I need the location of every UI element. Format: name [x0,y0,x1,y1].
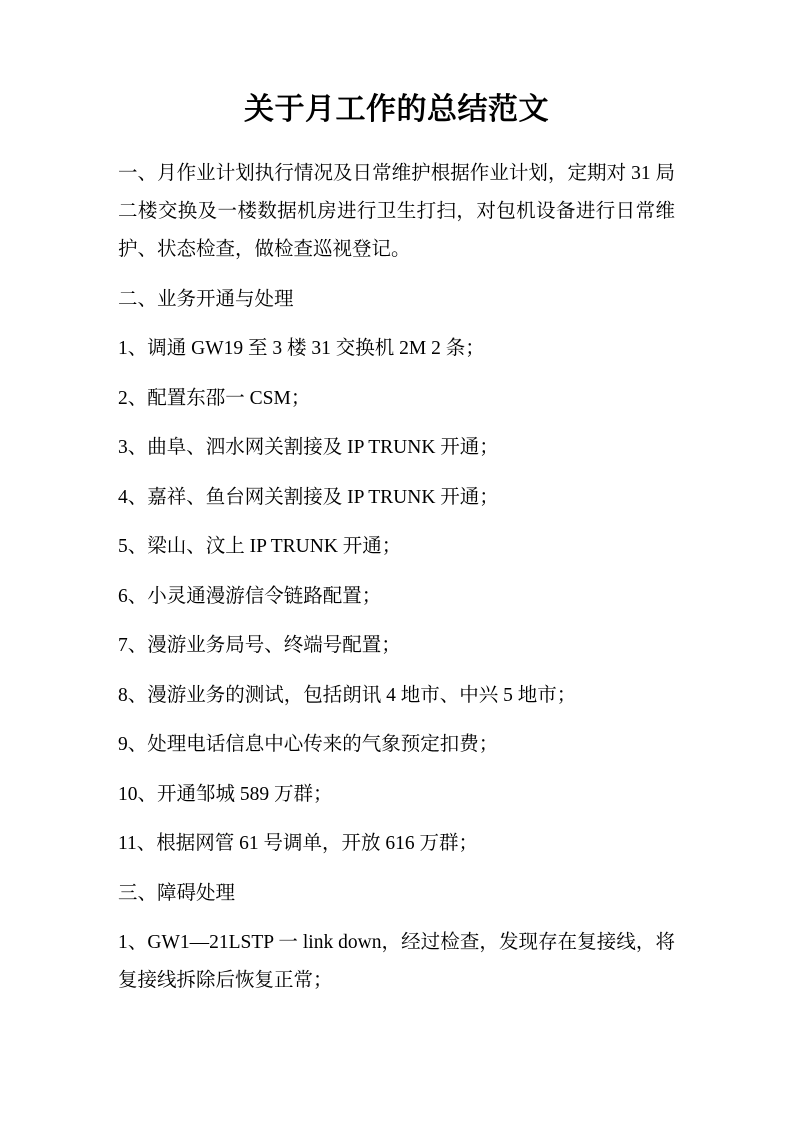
document-paragraph: 5、梁山、汶上 IP TRUNK 开通； [118,528,675,566]
document-paragraph: 10、开通邹城 589 万群； [118,776,675,814]
document-paragraph: 9、处理电话信息中心传来的气象预定扣费； [118,726,675,764]
document-body: 一、月作业计划执行情况及日常维护根据作业计划，定期对 31 局二楼交换及一楼数据… [118,155,675,1000]
document-paragraph: 2、配置东邵一 CSM； [118,380,675,418]
document-paragraph: 6、小灵通漫游信令链路配置； [118,578,675,616]
document-paragraph: 11、根据网管 61 号调单，开放 616 万群； [118,825,675,863]
document-paragraph: 8、漫游业务的测试，包括朗讯 4 地市、中兴 5 地市； [118,677,675,715]
section-heading: 二、业务开通与处理 [118,281,675,319]
document-page: 关于月工作的总结范文 一、月作业计划执行情况及日常维护根据作业计划，定期对 31… [0,0,793,1122]
document-paragraph: 4、嘉祥、鱼台网关割接及 IP TRUNK 开通； [118,479,675,517]
document-title: 关于月工作的总结范文 [118,92,675,128]
document-paragraph: 7、漫游业务局号、终端号配置； [118,627,675,665]
document-paragraph: 1、GW1—21LSTP 一 link down，经过检查，发现存在复接线，将复… [118,924,675,1000]
section-heading: 三、障碍处理 [118,875,675,913]
document-paragraph: 一、月作业计划执行情况及日常维护根据作业计划，定期对 31 局二楼交换及一楼数据… [118,155,675,269]
document-paragraph: 3、曲阜、泗水网关割接及 IP TRUNK 开通； [118,429,675,467]
document-paragraph: 1、调通 GW19 至 3 楼 31 交换机 2M 2 条； [118,330,675,368]
